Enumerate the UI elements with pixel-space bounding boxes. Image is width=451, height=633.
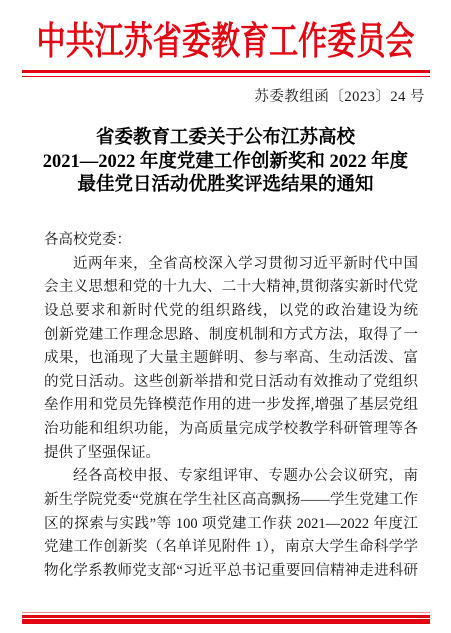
document-page: 中共江苏省委教育工作委员会 苏委教组函〔2023〕24 号 省委教育工委关于公布… bbox=[0, 0, 451, 633]
body-line: 垒作用和党员先锋模范作用的进一步发挥,增强了基层党组织政 bbox=[44, 394, 418, 418]
org-name-text: 中共江苏省委教育工作委员会 bbox=[37, 21, 415, 63]
footer-rule-hairline bbox=[22, 612, 430, 613]
body-line: 经各高校申报、专家组评审、专题办公会议研究，南京大学 bbox=[44, 465, 418, 489]
body-line: 治功能和组织功能，为高质量完成学校教学科研管理等各项任务 bbox=[44, 418, 418, 442]
body-line: 党建工作创新奖（名单详见附件 1），南京大学生命科学学院生 bbox=[44, 536, 418, 560]
notice-title: 省委教育工委关于公布江苏高校2021—2022 年度党建工作创新奖和 2022 … bbox=[0, 127, 451, 198]
body-line: 的党日活动。这些创新举措和党日活动有效推动了党组织战斗堡 bbox=[44, 371, 418, 395]
footer-double-rule bbox=[22, 612, 430, 624]
body-line: 提供了坚强保证。 bbox=[44, 442, 418, 466]
doc-number: 苏委教组函〔2023〕24 号 bbox=[254, 88, 425, 106]
body-line: 创新党建工作理念思路、制度机制和方式方法，取得了一批创新 bbox=[44, 324, 418, 348]
body-line: 会主义思想和党的十九大、二十大精神,贯彻落实新时代党的建 bbox=[44, 276, 418, 300]
title-line: 最佳党日活动优胜奖评选结果的通知 bbox=[0, 174, 451, 198]
body-line: 物化学系教师党支部“习近平总书记重要回信精神走进科研团 bbox=[44, 560, 418, 584]
title-line: 2021—2022 年度党建工作创新奖和 2022 年度 bbox=[0, 151, 451, 175]
body-line: 新生学院党委“党旗在学生社区高高飘扬——学生党建工作进社 bbox=[44, 489, 418, 513]
letterhead: 中共江苏省委教育工作委员会 bbox=[0, 0, 451, 68]
salutation: 各高校党委： bbox=[44, 229, 418, 253]
header-double-rule bbox=[22, 70, 430, 77]
body-paragraph-lines: 近两年来，全省高校深入学习贯彻习近平新时代中国特色社会主义思想和党的十九大、二十… bbox=[44, 253, 418, 584]
title-line: 省委教育工委关于公布江苏高校 bbox=[0, 127, 451, 151]
footer-rule-thick-line bbox=[22, 619, 430, 623]
body-line: 近两年来，全省高校深入学习贯彻习近平新时代中国特色社 bbox=[44, 253, 418, 277]
body-line: 区的探索与实践”等 100 项党建工作获 2021—2022 年度江苏高校 bbox=[44, 513, 418, 537]
header-rule-thin-line bbox=[22, 76, 430, 78]
body-line: 设总要求和新时代党的组织路线，以党的政治建设为统领，不断 bbox=[44, 300, 418, 324]
document-body: 各高校党委： 近两年来，全省高校深入学习贯彻习近平新时代中国特色社会主义思想和党… bbox=[44, 229, 418, 584]
body-line: 成果，也涌现了大量主题鲜明、参与率高、生动活泼、富有实效 bbox=[44, 347, 418, 371]
